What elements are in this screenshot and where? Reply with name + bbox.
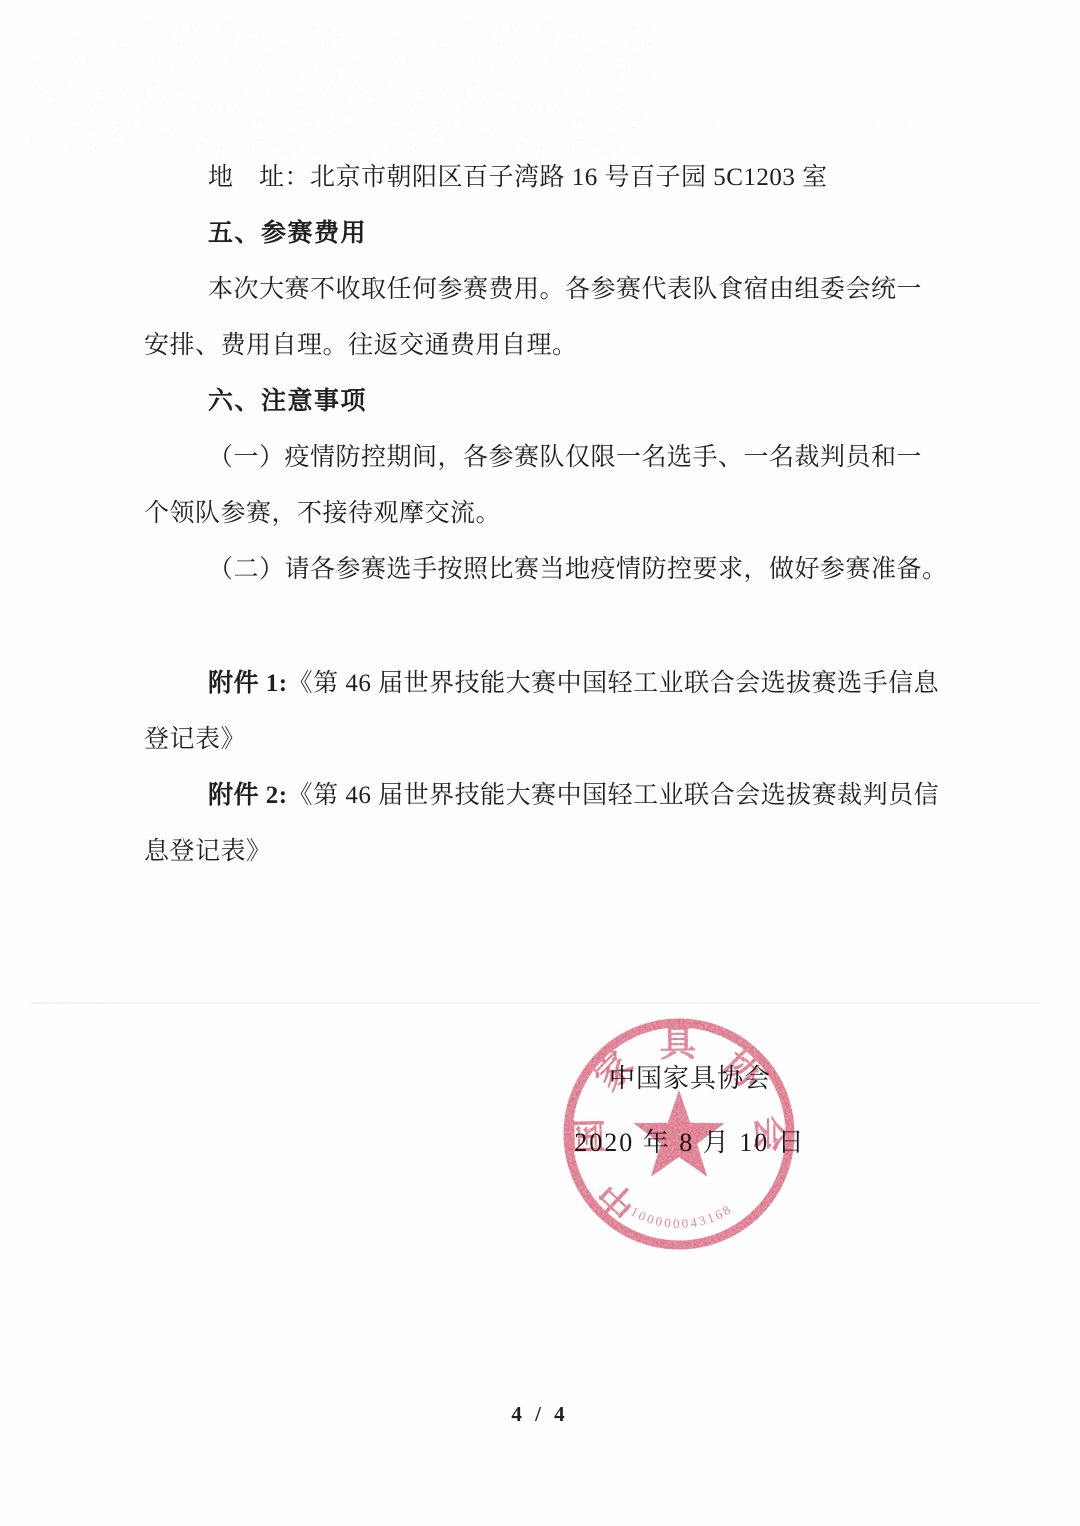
scan-artifact-line (30, 1002, 1040, 1004)
attachment-1-line-1: 附件 1:《第 46 届世界技能大赛中国轻工业联合会选拔赛选手信息 (144, 656, 1004, 712)
note-2-line: （二）请各参赛选手按照比赛当地疫情防控要求，做好参赛准备。 (144, 542, 1004, 598)
official-seal-stamp: 中国家具协会 1100000043168 (563, 1018, 795, 1250)
attachment-2-label: 附件 2: (208, 782, 288, 809)
scanned-document-page: 地 址：北京市朝阳区百子湾路 16 号百子园 5C1203 室 五、参赛费用 本… (0, 0, 1080, 1526)
address-line: 地 址：北京市朝阳区百子湾路 16 号百子园 5C1203 室 (144, 150, 1004, 206)
attachment-1-label: 附件 1: (208, 670, 288, 697)
stamp-star-icon (633, 1090, 724, 1177)
attachment-1-line-2: 登记表》 (144, 712, 1004, 768)
fees-paragraph-line-2: 安排、费用自理。往返交通费用自理。 (144, 318, 1004, 374)
note-1-line-2: 个领队参赛，不接待观摩交流。 (144, 486, 1004, 542)
note-1-line-1: （一）疫情防控期间，各参赛队仅限一名选手、一名裁判员和一 (144, 430, 1004, 486)
section-heading-notes: 六、注意事项 (144, 374, 1004, 430)
section-heading-fees: 五、参赛费用 (144, 206, 1004, 262)
page-number: 4 / 4 (0, 1402, 1080, 1427)
attachment-2-line-2: 息登记表》 (144, 824, 1004, 880)
attachment-2-line-1: 附件 2:《第 46 届世界技能大赛中国轻工业联合会选拔赛裁判员信 (144, 768, 1004, 824)
fees-paragraph-line-1: 本次大赛不收取任何参赛费用。各参赛代表队食宿由组委会统一 (144, 262, 1004, 318)
address-text: 地 址：北京市朝阳区百子湾路 16 号百子园 5C1203 室 (208, 164, 828, 191)
document-body: 地 址：北京市朝阳区百子湾路 16 号百子园 5C1203 室 五、参赛费用 本… (144, 150, 1004, 880)
